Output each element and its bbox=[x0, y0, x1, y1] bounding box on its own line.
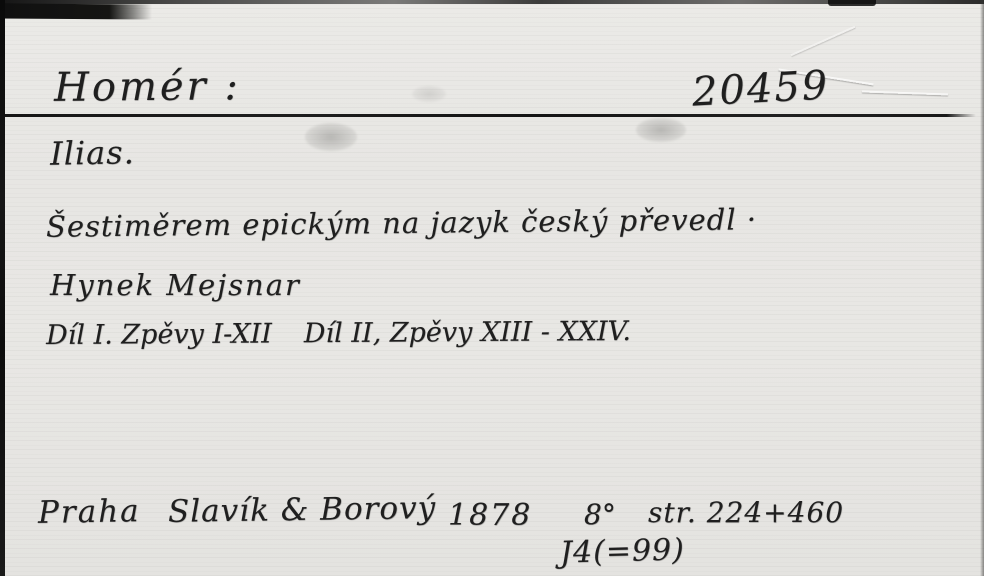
imprint-place: Praha bbox=[38, 493, 141, 531]
paper-smudge bbox=[412, 86, 446, 102]
catalog-card: Homér : 20459 Ilias. Šestiměrem epickým … bbox=[0, 0, 984, 576]
imprint-pages: str. 224+460 bbox=[648, 496, 844, 529]
work-title: Ilias. bbox=[50, 133, 135, 172]
volume-part-1: Díl I. Zpěvy I-XII bbox=[46, 318, 272, 351]
translation-note: Šestiměrem epickým na jazyk český převed… bbox=[46, 202, 757, 243]
author-heading: Homér : bbox=[54, 63, 241, 111]
catalog-number: 20459 bbox=[691, 62, 830, 115]
translator-name: Hynek Mejsnar bbox=[50, 268, 301, 302]
paper-crease bbox=[791, 26, 856, 56]
paper-smudge bbox=[636, 118, 686, 142]
volume-part-2: Díl II, Zpěvy XIII - XXIV. bbox=[304, 316, 631, 349]
shelfmark: J4(=99) bbox=[560, 532, 686, 570]
scan-edge-top-left bbox=[0, 3, 152, 19]
heading-rule bbox=[0, 114, 976, 117]
volumes-line: Díl I. Zpěvy I-XIIDíl II, Zpěvy XIII - X… bbox=[46, 316, 631, 351]
scan-edge-left bbox=[0, 0, 5, 576]
scan-edge-mark bbox=[828, 0, 876, 6]
scan-edge-right bbox=[980, 0, 984, 576]
paper-crease bbox=[862, 90, 948, 95]
imprint-year: 1878 bbox=[448, 498, 532, 533]
imprint-publisher: Slavík & Borový bbox=[168, 490, 437, 530]
paper-smudge bbox=[305, 123, 357, 151]
imprint-format: 8° bbox=[584, 498, 616, 531]
